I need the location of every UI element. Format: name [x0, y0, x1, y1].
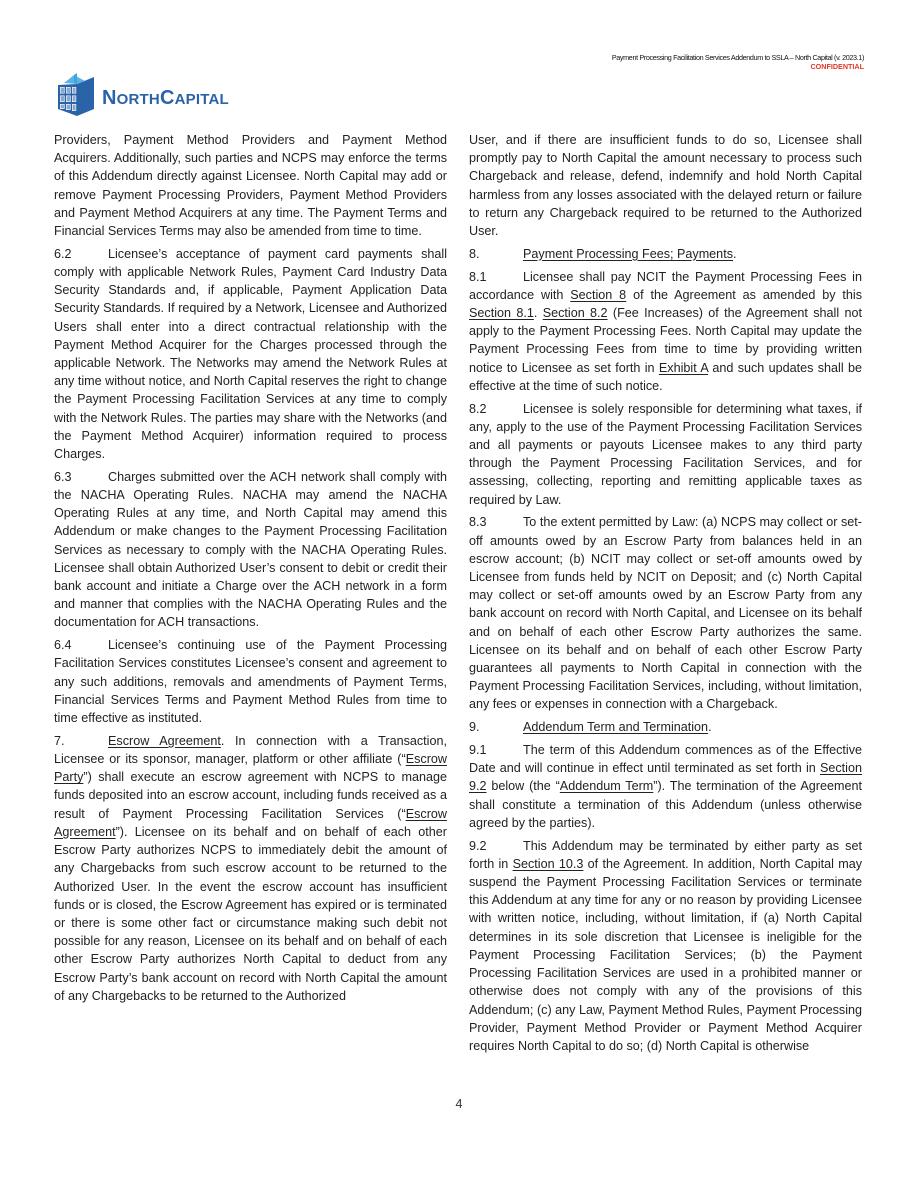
section-number: 7.	[54, 732, 108, 750]
section-text: Charges submitted over the ACH network s…	[54, 470, 447, 630]
right-column: User, and if there are insufficient fund…	[469, 131, 862, 1060]
section-text: Licensee’s acceptance of payment card pa…	[54, 247, 447, 461]
section-reference: Section 10.3	[513, 857, 584, 871]
section-number: 9.1	[469, 741, 523, 759]
section-heading: Addendum Term and Termination	[523, 720, 708, 734]
section-9-2: 9.2This Addendum may be terminated by ei…	[469, 837, 862, 1055]
section-heading: Escrow Agreement	[108, 734, 221, 748]
logo-wordmark: NORTHCAPITAL	[102, 88, 229, 108]
continued-paragraph: User, and if there are insufficient fund…	[469, 131, 862, 240]
section-number: 8.	[469, 245, 523, 263]
section-reference: Section 8.2	[543, 306, 608, 320]
building-cube-logo-icon	[56, 73, 96, 117]
section-8-3: 8.3To the extent permitted by Law: (a) N…	[469, 513, 862, 713]
exhibit-reference: Exhibit A	[659, 361, 708, 375]
section-8-heading: 8.Payment Processing Fees; Payments.	[469, 245, 862, 263]
section-8-2: 8.2Licensee is solely responsible for de…	[469, 400, 862, 509]
left-column: Providers, Payment Method Providers and …	[54, 131, 447, 1010]
section-9-heading: 9.Addendum Term and Termination.	[469, 718, 862, 736]
section-text: To the extent permitted by Law: (a) NCPS…	[469, 515, 862, 711]
document-title: Payment Processing Facilitation Services…	[612, 53, 864, 62]
section-7: 7.Escrow Agreement. In connection with a…	[54, 732, 447, 1005]
section-reference: Section 8.1	[469, 306, 534, 320]
defined-term: Addendum Term	[560, 779, 654, 793]
section-reference: Section 8	[570, 288, 626, 302]
section-number: 9.2	[469, 837, 523, 855]
section-number: 9.	[469, 718, 523, 736]
section-8-1: 8.1Licensee shall pay NCIT the Payment P…	[469, 268, 862, 395]
section-number: 6.4	[54, 636, 108, 654]
page-number: 4	[0, 1097, 918, 1111]
continued-paragraph: Providers, Payment Method Providers and …	[54, 131, 447, 240]
section-number: 8.2	[469, 400, 523, 418]
section-6-4: 6.4Licensee’s continuing use of the Paym…	[54, 636, 447, 727]
north-capital-logo: NORTHCAPITAL	[56, 73, 229, 117]
section-text: Licensee is solely responsible for deter…	[469, 402, 862, 507]
confidential-label: CONFIDENTIAL	[612, 62, 864, 71]
document-header: Payment Processing Facilitation Services…	[612, 53, 864, 71]
section-number: 6.3	[54, 468, 108, 486]
section-6-3: 6.3Charges submitted over the ACH networ…	[54, 468, 447, 632]
section-number: 6.2	[54, 245, 108, 263]
section-6-2: 6.2Licensee’s acceptance of payment card…	[54, 245, 447, 463]
section-number: 8.1	[469, 268, 523, 286]
section-9-1: 9.1The term of this Addendum commences a…	[469, 741, 862, 832]
section-number: 8.3	[469, 513, 523, 531]
section-text: Licensee’s continuing use of the Payment…	[54, 638, 447, 725]
section-heading: Payment Processing Fees; Payments	[523, 247, 733, 261]
